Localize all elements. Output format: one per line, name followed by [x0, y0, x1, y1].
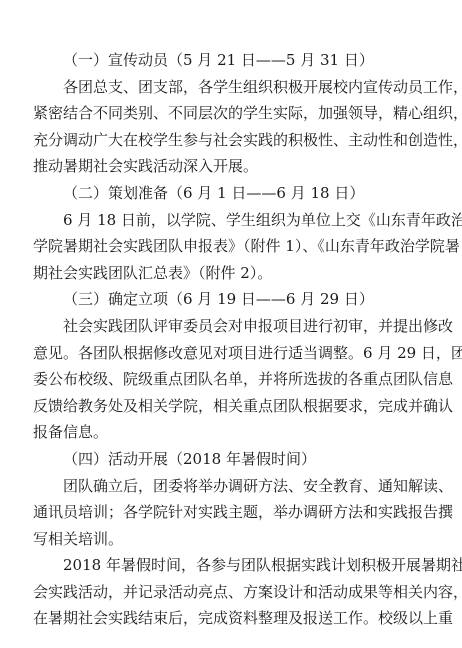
paragraph-line: 在暑期社会实践结束后，完成资料整理及报送工作。校级以上重 — [33, 605, 429, 632]
paragraph-line: 推动暑期社会实践活动深入开展。 — [33, 153, 429, 180]
document-page: （一）宣传动员（5 月 21 日——5 月 31 日） 各团总支、团支部，各学生… — [33, 47, 429, 632]
section-heading: （三）确定立项（6 月 19 日——6 月 29 日） — [33, 286, 429, 313]
paragraph-line: 学院暑期社会实践团队申报表》（附件 1）、《山东青年政治学院暑 — [33, 233, 429, 260]
paragraph-line: 6 月 18 日前，以学院、学生组织为单位上交《山东青年政治 — [33, 207, 429, 234]
paragraph-line: 写相关培训。 — [33, 526, 429, 553]
paragraph-line: 紧密结合不同类别、不同层次的学生实际，加强领导，精心组织， — [33, 100, 429, 127]
paragraph-line: 意见。各团队根据修改意见对项目进行适当调整。6 月 29 日，团 — [33, 340, 429, 367]
paragraph-line: 委公布校级、院级重点团队名单，并将所选拔的各重点团队信息 — [33, 366, 429, 393]
paragraph-line: 反馈给教务处及相关学院，相关重点团队根据要求，完成并确认 — [33, 393, 429, 420]
paragraph-line: 报备信息。 — [33, 419, 429, 446]
section-heading: （二）策划准备（6 月 1 日——6 月 18 日） — [33, 180, 429, 207]
paragraph-line: 通讯员培训；各学院针对实践主题，举办调研方法和实践报告撰 — [33, 499, 429, 526]
section-heading: （一）宣传动员（5 月 21 日——5 月 31 日） — [33, 47, 429, 74]
paragraph-line: 2018 年暑假时间，各参与团队根据实践计划积极开展暑期社 — [33, 552, 429, 579]
paragraph-line: 充分调动广大在校学生参与社会实践的积极性、主动性和创造性， — [33, 127, 429, 154]
paragraph-line: 各团总支、团支部，各学生组织积极开展校内宣传动员工作， — [33, 74, 429, 101]
paragraph-line: 期社会实践团队汇总表》（附件 2）。 — [33, 260, 429, 287]
section-heading: （四）活动开展（2018 年暑假时间） — [33, 446, 429, 473]
paragraph-line: 团队确立后，团委将举办调研方法、安全教育、通知解读、 — [33, 473, 429, 500]
paragraph-line: 会实践活动，并记录活动亮点、方案设计和活动成果等相关内容， — [33, 579, 429, 606]
paragraph-line: 社会实践团队评审委员会对申报项目进行初审，并提出修改 — [33, 313, 429, 340]
